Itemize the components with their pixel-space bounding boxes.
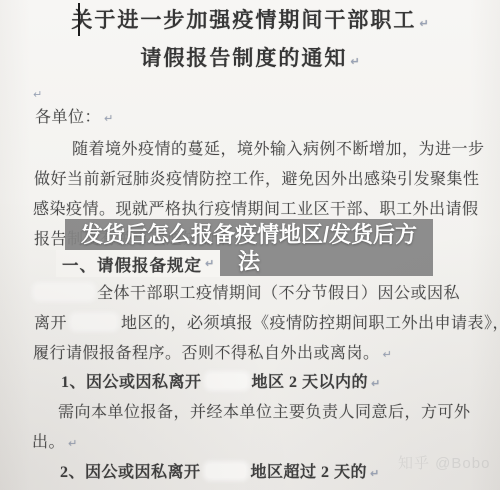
body-line1-text: 全体干部职工疫情期间（不分节假日）因公或因私	[97, 285, 460, 302]
document-photo: 关于进一步加强疫情期间干部职工↵ 请假报告制度的通知↵ ↵ 各单位：↵ 随着境外…	[0, 0, 500, 490]
text-cursor	[78, 3, 80, 36]
redaction-patch	[72, 315, 116, 329]
salutation-line: 各单位：↵	[35, 108, 113, 129]
return-mark: ↵	[205, 257, 214, 270]
return-mark: ↵	[33, 88, 42, 101]
body-line2-text-a: 离开	[34, 315, 67, 332]
return-mark: ↵	[68, 437, 77, 450]
return-mark: ↵	[419, 17, 428, 30]
body-line2-text-b: 地区的，必须填报《疫情防控期间职工外出申请表》，	[121, 315, 500, 332]
notice-title-line1-text: 关于进一步加强疫情期间干部职工	[71, 8, 416, 32]
paragraph1-line2: 做好当前新冠肺炎疫情防控工作，避免因外出感染引发聚集性	[34, 170, 480, 190]
list-item-1-text-b: 地区 2 天以内的	[252, 374, 369, 391]
return-mark: ↵	[370, 467, 379, 480]
body-line2: 离开地区的，必须填报《疫情防控期间职工外出申请表》，	[34, 314, 500, 334]
list-item-2-text-b: 地区超过 2 天的	[251, 464, 368, 481]
list-item-2: 2、因公或因私离开地区超过 2 天的↵	[60, 463, 379, 484]
paragraph1-line1: 随着境外疫情的蔓延，境外输入病例不断增加，为进一步	[72, 140, 485, 160]
return-mark: ↵	[383, 348, 392, 361]
return-mark: ↵	[350, 55, 359, 68]
body-line3-text: 履行请假报备程序。否则不得私自外出或离岗。	[33, 345, 380, 362]
notice-title-line2: 请假报告制度的通知↵	[0, 42, 500, 72]
notice-title-line1: 关于进一步加强疫情期间干部职工↵	[0, 4, 500, 34]
paragraph1-line3: 感染疫情。现就严格执行疫情期间工业区干部、职工外出请假	[33, 200, 479, 220]
section-heading-text: 一、请假报备规定	[62, 252, 202, 276]
list-item-1: 1、因公或因私离开地区 2 天以内的↵	[61, 373, 380, 394]
salutation-text: 各单位：	[35, 109, 101, 126]
zhihu-watermark: 知乎 @Bobo	[398, 452, 490, 473]
return-mark: ↵	[371, 377, 380, 390]
caption-line2: 法	[238, 248, 260, 275]
redaction-patch	[206, 464, 246, 478]
body-line1: 全体干部职工疫情期间（不分节假日）因公或因私	[35, 284, 460, 304]
notice-title-line2-text: 请假报告制度的通知	[140, 46, 347, 70]
section-heading-box: 一、请假报备规定↵	[56, 250, 220, 277]
body-line4: 需向本单位报备，并经本单位主要负责人同意后，方可外	[58, 403, 471, 423]
list-item-2-text-a: 2、因公或因私离开	[60, 464, 201, 481]
list-item-1-text-a: 1、因公或因私离开	[61, 374, 202, 391]
redaction-patch	[207, 374, 247, 388]
redaction-patch	[35, 285, 93, 299]
caption-line1: 发货后怎么报备疫情地区/发货后方	[81, 221, 417, 248]
body-line5: 出。↵	[32, 433, 77, 454]
body-line5-text: 出。	[32, 434, 65, 451]
return-mark: ↵	[104, 112, 113, 125]
body-line3: 履行请假报备程序。否则不得私自外出或离岗。↵	[33, 344, 392, 365]
